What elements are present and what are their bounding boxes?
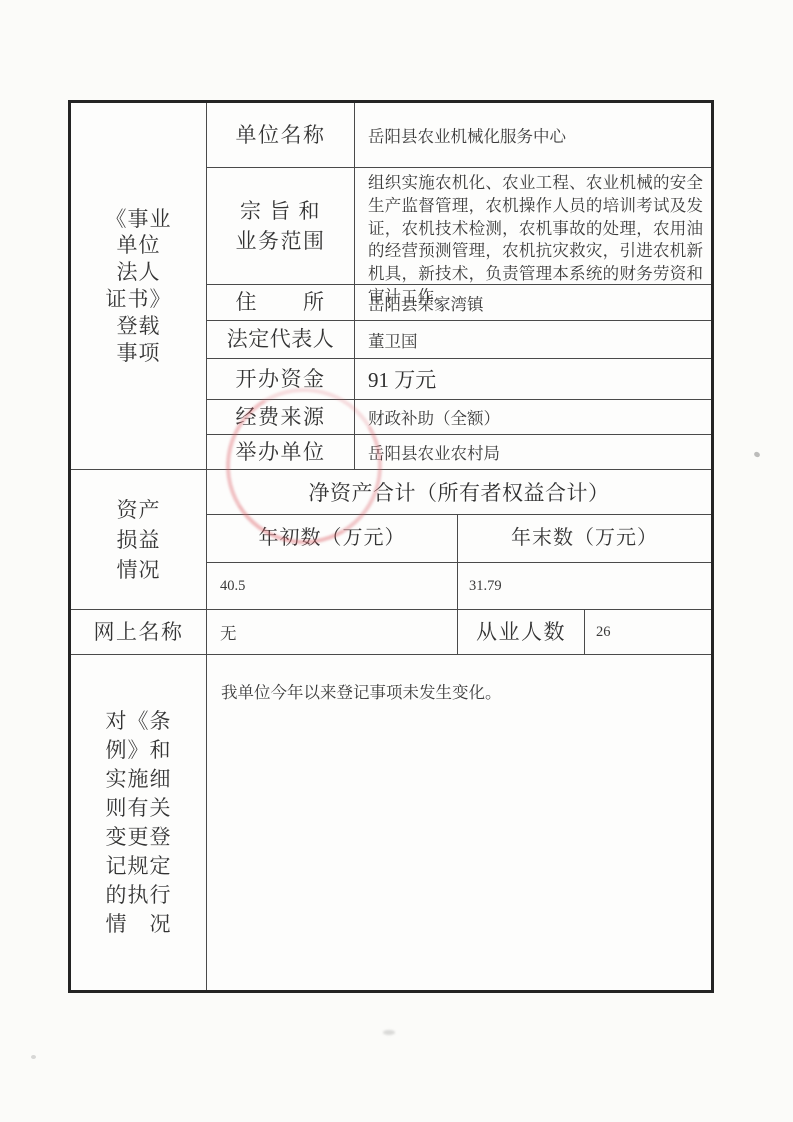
- funding-source-value: 财政补助（全额）: [355, 400, 711, 435]
- legal-representative-label: 法定代表人: [207, 321, 355, 359]
- legal-representative-value: 董卫国: [355, 321, 711, 359]
- scanned-registration-form-page: 《事业 单位 法人 证书》 登载 事项 单位名称 岳阳县农业机械化服务中心 宗 …: [0, 0, 793, 1122]
- net-assets-total-title: 净资产合计（所有者权益合计）: [207, 470, 711, 515]
- regulation-compliance-row-header: 对《条 例》和 实施细 则有关 变更登 记规定 的执行 情 况: [71, 655, 207, 990]
- scan-speck: [31, 1055, 36, 1059]
- staff-count-label: 从业人数: [458, 610, 585, 655]
- scan-speck: [383, 1030, 395, 1035]
- funding-source-label: 经费来源: [207, 400, 355, 435]
- year-begin-column-header: 年初数（万元）: [207, 515, 458, 563]
- staff-count-value: 26: [585, 610, 711, 655]
- compliance-statement: 我单位今年以来登记事项未发生变化。: [207, 655, 711, 990]
- opening-capital-label: 开办资金: [207, 359, 355, 400]
- purpose-scope-label: 宗 旨 和 业务范围: [207, 168, 355, 285]
- address-label: 住 所: [207, 285, 355, 321]
- year-end-value: 31.79: [458, 563, 711, 610]
- sponsor-unit-label: 举办单位: [207, 435, 355, 470]
- certificate-items-row-header: 《事业 单位 法人 证书》 登载 事项: [71, 103, 207, 470]
- assets-profit-loss-row-header: 资产 损益 情况: [71, 470, 207, 610]
- purpose-scope-value: 组织实施农机化、农业工程、农业机械的安全生产监督管理，农机操作人员的培训考试及发…: [355, 168, 711, 285]
- year-end-column-header: 年末数（万元）: [458, 515, 711, 563]
- year-begin-value: 40.5: [207, 563, 458, 610]
- opening-capital-value: 91 万元: [355, 359, 711, 400]
- sponsor-unit-value: 岳阳县农业农村局: [355, 435, 711, 470]
- unit-name-value: 岳阳县农业机械化服务中心: [355, 103, 711, 168]
- scan-speck: [753, 451, 761, 458]
- online-name-value: 无: [207, 610, 458, 655]
- unit-name-label: 单位名称: [207, 103, 355, 168]
- address-value: 岳阳县荣家湾镇: [355, 285, 711, 321]
- registration-form-table: 《事业 单位 法人 证书》 登载 事项 单位名称 岳阳县农业机械化服务中心 宗 …: [68, 100, 714, 993]
- online-name-label: 网上名称: [71, 610, 207, 655]
